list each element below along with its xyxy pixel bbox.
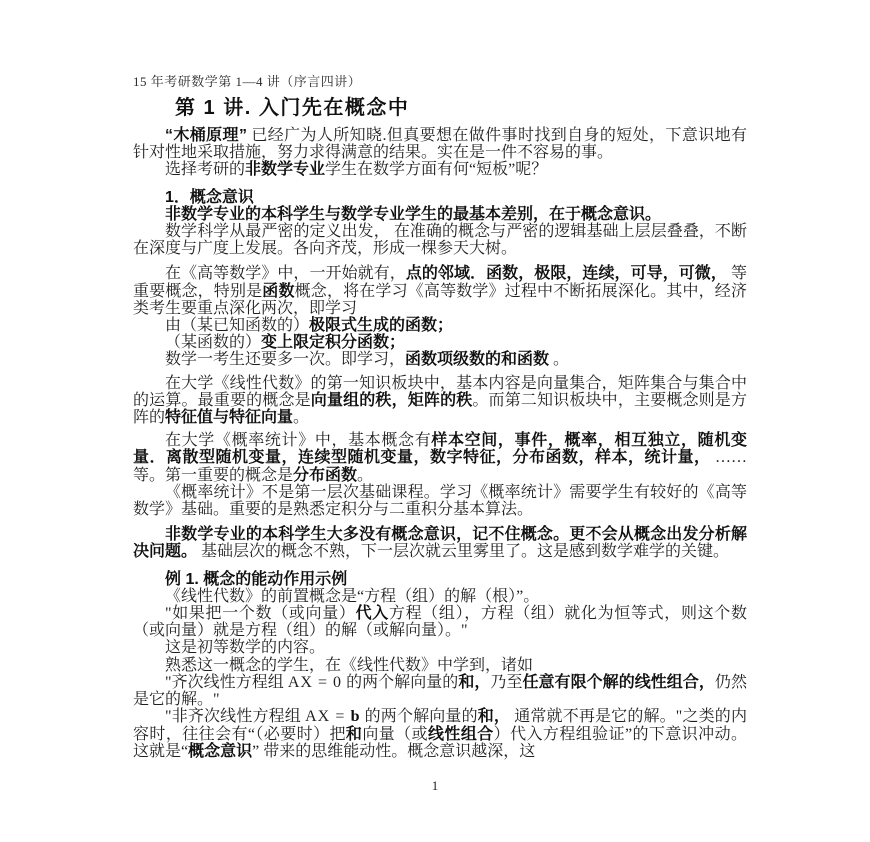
text-run: 极限式生成的函数； bbox=[309, 317, 453, 334]
text-run: 选择考研的 bbox=[165, 161, 245, 178]
text-run: （某函数的） bbox=[165, 334, 261, 351]
text-run: 熟悉这一概念的学生，在《线性代数》中学到，诸如 bbox=[165, 657, 533, 674]
text-run: 线性组合 bbox=[428, 726, 494, 743]
para-no-concept-awareness: 非数学专业的本科学生大多没有概念意识，记不住概念。更不会从概念出发分析解决问题。… bbox=[133, 526, 747, 560]
text-run: 和， bbox=[458, 674, 490, 691]
text-run: 特征值与特征向量 bbox=[165, 409, 293, 426]
para-limit-function: 由（某已知函数的）极限式生成的函数； bbox=[133, 317, 747, 334]
text-run: 函数项级数的和函数 bbox=[405, 351, 549, 368]
text-run: 非数学专业的本科学生与数学专业学生的最基本差别，在于概念意识。 bbox=[165, 206, 661, 223]
para-homogeneous: "齐次线性方程组 AX = 0 的两个解向量的和，乃至任意有限个解的线性组合，仍… bbox=[133, 674, 747, 708]
text-column: 15 年考研数学第 1—4 讲（序言四讲） 第 1 讲. 入门先在概念中 “木桶… bbox=[133, 74, 747, 760]
text-run: 学生在数学方面有何“短板”呢？ bbox=[325, 161, 547, 178]
text-run: 的两个解向量的 bbox=[360, 708, 477, 725]
text-run: 分布函数 bbox=[293, 467, 357, 484]
text-run: "如果把一个数（或向量） bbox=[165, 605, 356, 622]
text-run: 和 bbox=[346, 726, 362, 743]
text-run: 向量组的秩，矩阵的秩 bbox=[311, 392, 473, 409]
text-run: ” 带来的思维能动性。概念意识越深，这 bbox=[252, 743, 535, 760]
para-gaodeng-shuxue: 在《高等数学》中，一开始就有，点的邻域．函数，极限，连续，可导，可微， 等重要概… bbox=[133, 265, 747, 317]
para-substitute: "如果把一个数（或向量）代入方程（组），方程（组）就化为恒等式，则这个数（或向量… bbox=[133, 605, 747, 639]
text-run: 基础层次的概念不熟，下一层次就云里雾里了。这是感到数学难学的关键。 bbox=[197, 543, 729, 560]
para-elementary-math: 这是初等数学的内容。 bbox=[133, 639, 747, 656]
text-run: "齐次线性方程组 bbox=[165, 674, 288, 691]
text-run: 由（某已知函数的） bbox=[165, 317, 309, 334]
text-run: 任意有限个解的线性组合， bbox=[522, 674, 714, 691]
para-series-function: 数学一考生还要多一次。即学习，函数项级数的和函数 。 bbox=[133, 351, 747, 368]
text-run: 的两个解向量的 bbox=[342, 674, 458, 691]
text-run: 函数 bbox=[262, 283, 294, 300]
text-run: "非齐次线性方程组 bbox=[165, 708, 305, 725]
para-premise-concept: 《线性代数》的前置概念是“方程（组）的解（根）”。 bbox=[133, 588, 747, 605]
text-run: 《线性代数》的前置概念是“方程（组）的解（根）”。 bbox=[165, 588, 539, 605]
text-run: 和， bbox=[478, 708, 510, 725]
heading-example-1: 例 1. 概念的能动作用示例 bbox=[133, 571, 747, 588]
para-choose-kaoyan: 选择考研的非数学专业学生在数学方面有何“短板”呢？ bbox=[133, 161, 747, 178]
text-run: 在《高等数学》中，一开始就有， bbox=[165, 265, 406, 282]
text-run: 向量（或 bbox=[362, 726, 428, 743]
page-title: 第 1 讲. 入门先在概念中 bbox=[175, 96, 747, 120]
text-run: 。 bbox=[549, 351, 569, 368]
text-run: 数学一考生还要多一次。即学习， bbox=[165, 351, 405, 368]
text-run: 变上限定积分函数； bbox=[261, 334, 405, 351]
text-run: 点的邻域．函数，极限，连续，可导，可微， bbox=[406, 265, 727, 282]
text-run: AX = 0 bbox=[288, 674, 342, 691]
para-math-science: 数学科学从最严密的定义出发， 在准确的概念与严密的逻辑基础上层层叠叠，不断在深度… bbox=[133, 223, 747, 257]
text-run: 。 bbox=[293, 409, 309, 426]
para-familiar-students: 熟悉这一概念的学生，在《线性代数》中学到，诸如 bbox=[133, 657, 747, 674]
para-probability-course: 《概率统计》不是第一层次基础课程。学习《概率统计》需要学生有较好的《高等数学》基… bbox=[133, 484, 747, 518]
document-body: “木桶原理” 已经广为人所知晓.但真要想在做件事时找到自身的短处，下意识地有针对… bbox=[133, 127, 747, 760]
para-integral-function: （某函数的）变上限定积分函数； bbox=[133, 334, 747, 351]
text-run: 在大学《概率统计》中，基本概念有 bbox=[165, 432, 431, 449]
text-run: 这是初等数学的内容。 bbox=[165, 639, 325, 656]
page-number: 1 bbox=[0, 778, 870, 794]
para-nonhomogeneous: "非齐次线性方程组 AX = b 的两个解向量的和， 通常就不再是它的解。"之类… bbox=[133, 708, 747, 760]
text-run: 代入 bbox=[356, 605, 389, 622]
text-run: 数学科学从最严密的定义出发， 在准确的概念与严密的逻辑基础上层层叠叠，不断在深度… bbox=[133, 223, 747, 257]
text-run: AX = bbox=[305, 708, 350, 725]
text-run: b bbox=[351, 708, 361, 725]
text-run: 1．概念意识 bbox=[165, 189, 254, 206]
text-run: 非数学专业 bbox=[245, 161, 325, 178]
document-header: 15 年考研数学第 1—4 讲（序言四讲） bbox=[133, 74, 747, 89]
text-run: 例 1. 概念的能动作用示例 bbox=[165, 571, 347, 588]
para-basic-difference: 非数学专业的本科学生与数学专业学生的最基本差别，在于概念意识。 bbox=[133, 206, 747, 223]
text-run: 概念意识 bbox=[188, 743, 252, 760]
para-wooden-bucket: “木桶原理” 已经广为人所知晓.但真要想在做件事时找到自身的短处，下意识地有针对… bbox=[133, 127, 747, 161]
para-probability: 在大学《概率统计》中，基本概念有样本空间，事件，概率，相互独立，随机变量．离散型… bbox=[133, 432, 747, 484]
text-run: 乃至 bbox=[490, 674, 522, 691]
text-run: 《概率统计》不是第一层次基础课程。学习《概率统计》需要学生有较好的《高等数学》基… bbox=[133, 484, 747, 518]
text-run: “木桶原理” bbox=[165, 127, 247, 144]
document-page: 15 年考研数学第 1—4 讲（序言四讲） 第 1 讲. 入门先在概念中 “木桶… bbox=[0, 0, 870, 842]
heading-concept-awareness: 1．概念意识 bbox=[133, 189, 747, 206]
text-run: 。 bbox=[357, 467, 373, 484]
para-linear-algebra: 在大学《线性代数》的第一知识板块中，基本内容是向量集合，矩阵集合与集合中的运算。… bbox=[133, 375, 747, 427]
